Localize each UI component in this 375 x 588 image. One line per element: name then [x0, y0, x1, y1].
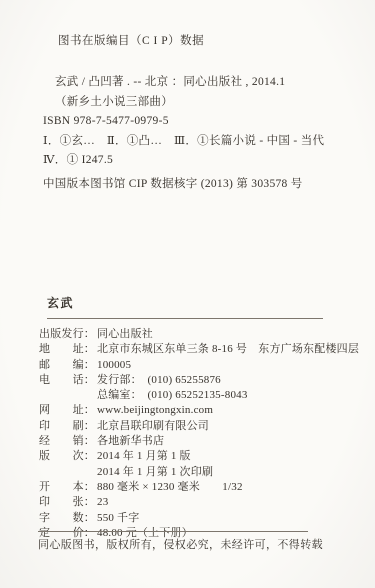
row-value: 发行部： (010) 65255876 [97, 373, 345, 388]
cip-series-line: （新乡土小说三部曲） [55, 93, 347, 113]
cip-block: 图书在版编目（C I P）数据 玄武 / 凸凹著 . -- 北京 ：同心出版社 … [43, 34, 347, 194]
row-word-count: 字 数： 550 千字 [39, 511, 345, 526]
row-label: 电 话： [39, 373, 97, 388]
divider-bottom [38, 531, 308, 532]
row-label: 版 次： [39, 449, 97, 464]
cip-record-line: 中国版本图书馆 CIP 数据核字 (2013) 第 303578 号 [43, 175, 347, 194]
row-publisher: 出版发行： 同心出版社 [39, 327, 345, 342]
footer-block: 同心版图书，版权所有，侵权必究，未经许可，不得转载 [38, 531, 337, 552]
copyright-notice: 同心版图书，版权所有，侵权必究，未经许可，不得转载 [38, 538, 337, 552]
row-value: 2014 年 1 月第 1 版 [97, 449, 345, 464]
cip-classification-line: Ⅰ．①玄… Ⅱ．①凸… Ⅲ．①长篇小说 - 中国 - 当代 [43, 132, 347, 152]
row-value: 550 千字 [97, 511, 345, 526]
colophon-block: 玄武 出版发行： 同心出版社 地 址： 北京市东城区东单三条 8-16 号 东方… [39, 296, 345, 541]
row-label: 出版发行： [39, 327, 97, 342]
copyright-page: 图书在版编目（C I P）数据 玄武 / 凸凹著 . -- 北京 ：同心出版社 … [0, 0, 375, 588]
row-value: www.beijingtongxin.com [97, 403, 345, 418]
row-distributor: 经 销： 各地新华书店 [39, 434, 345, 449]
row-label: 印 张： [39, 495, 97, 510]
row-value: 100005 [97, 358, 345, 373]
row-printing: 2014 年 1 月第 1 次印刷 [39, 465, 345, 480]
row-label: 经 销： [39, 434, 97, 449]
row-label: 邮 编： [39, 358, 97, 373]
row-value: 北京市东城区东单三条 8-16 号 东方广场东配楼四层 [97, 342, 359, 357]
row-edition: 版 次： 2014 年 1 月第 1 版 [39, 449, 345, 464]
divider-top [47, 318, 323, 319]
row-value: 同心出版社 [97, 327, 345, 342]
cip-isbn-line: ISBN 978-7-5477-0979-5 [43, 112, 347, 132]
row-address: 地 址： 北京市东城区东单三条 8-16 号 东方广场东配楼四层 [39, 342, 345, 357]
cip-heading: 图书在版编目（C I P）数据 [58, 34, 347, 48]
row-phone-editorial: 总编室： (010) 65252135-8043 [39, 388, 345, 403]
row-value: 各地新华书店 [97, 434, 345, 449]
row-sheets: 印 张： 23 [39, 495, 345, 510]
row-label: 地 址： [39, 342, 97, 357]
cip-title-line: 玄武 / 凸凹著 . -- 北京 ：同心出版社 , 2014.1 [55, 73, 347, 93]
cip-classification-line-2: Ⅳ．① I247.5 [43, 151, 347, 171]
colophon-rows: 出版发行： 同心出版社 地 址： 北京市东城区东单三条 8-16 号 东方广场东… [39, 327, 345, 541]
row-label: 网 址： [39, 403, 97, 418]
row-format: 开 本： 880 毫米 × 1230 毫米 1/32 [39, 480, 345, 495]
row-label [39, 465, 97, 480]
book-title: 玄武 [47, 296, 345, 310]
row-label: 字 数： [39, 511, 97, 526]
row-value: 2014 年 1 月第 1 次印刷 [97, 465, 345, 480]
row-label: 开 本： [39, 480, 97, 495]
row-phone-distribution: 电 话： 发行部： (010) 65255876 [39, 373, 345, 388]
row-website: 网 址： www.beijingtongxin.com [39, 403, 345, 418]
row-postcode: 邮 编： 100005 [39, 358, 345, 373]
row-value: 北京昌联印刷有限公司 [97, 419, 345, 434]
row-value: 880 毫米 × 1230 毫米 1/32 [97, 480, 345, 495]
row-value: 总编室： (010) 65252135-8043 [97, 388, 345, 403]
row-label: 印 刷： [39, 419, 97, 434]
row-value: 23 [97, 495, 345, 510]
row-printer: 印 刷： 北京昌联印刷有限公司 [39, 419, 345, 434]
cip-body: 玄武 / 凸凹著 . -- 北京 ：同心出版社 , 2014.1 （新乡土小说三… [43, 73, 347, 194]
row-label [39, 388, 97, 403]
